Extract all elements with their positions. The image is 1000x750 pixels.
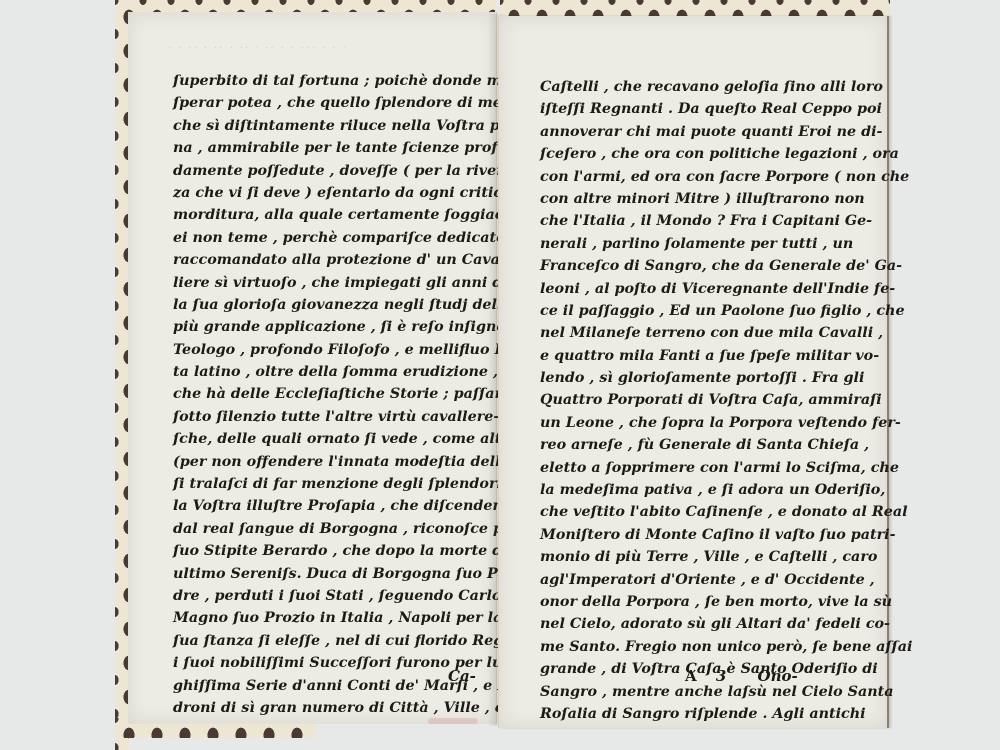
text-line: ultimo Sereniſs. Duca di Borgogna ſuo Pa… [173,563,498,585]
text-line: nerali , parlino ſolamente per tutti , u… [540,233,870,255]
text-line: che veſtito l'abito Caſinenſe , e donato… [540,501,870,523]
text-line: ce il paſſaggio , Ed un Paolone ſuo figl… [540,300,870,322]
text-line: dre , perduti i ſuoi Stati , ſeguendo Ca… [173,585,498,607]
stain [428,718,478,724]
text-line: e quattro mila Fanti a ſue ſpeſe militar… [540,345,870,367]
text-line: che sì diſtintamente riluce nella Voſtra… [173,115,498,137]
text-line: (per non offendere l'innata modeſtia del… [173,451,498,473]
text-line: za che vi ſi deve ) eſentarlo da ogni cr… [173,182,498,204]
endpaper-top-right [500,0,890,16]
text-line: la medeſima pativa , e ſi adora un Oderi… [540,479,870,501]
text-line: che l'Italia , il Mondo ? Fra i Capitani… [540,210,870,232]
text-line: Franceſco di Sangro, che da Generale de'… [540,255,870,277]
text-line: ſuperbito di tal fortuna ; poichè donde … [173,70,498,92]
signature-number: 3 [716,667,726,685]
right-page-catchword: Ono- [758,667,798,685]
text-line: nel Cielo, adorato sù gli Altari da' fed… [540,613,870,635]
endpaper-left-strip [115,0,129,750]
text-line: me Santo. Fregio non unico però, ſe bene… [540,636,870,658]
text-line: ſua ſtanza ſi eleſſe , nel di cui florid… [173,630,498,652]
text-line: raccomandato alla protezione d' un Cava- [173,249,498,271]
text-line: ſche, delle quali ornato ſi vede , come … [173,428,498,450]
text-line: na , ammirabile per le tante ſcienze pro… [173,137,498,159]
text-line: droni di sì gran numero di Città , Ville… [173,697,498,719]
text-line: ſperar potea , che quello ſplendore di m… [173,92,498,114]
signature-letter: A [685,667,697,685]
text-line: più grande applicazione , ſi è reſo inſi… [173,316,498,338]
text-line: Quattro Porporati di Voſtra Caſa, ammira… [540,389,870,411]
text-line: eletto a ſopprimere con l'armi lo Sciſma… [540,457,870,479]
text-line: la Voſtra illuſtre Proſapia , che diſcen… [173,495,498,517]
text-line: la ſua glorioſa giovanezza negli ſtudj d… [173,294,498,316]
text-line: ſceſero , che ora con politiche legazion… [540,143,870,165]
left-page-catchword: Ca- [448,667,476,685]
text-line: agl'Imperatori d'Oriente , e d' Occident… [540,569,870,591]
left-page-text: ſuperbito di tal fortuna ; poichè donde … [173,70,498,719]
text-line: dal real ſangue di Borgogna , riconoſce … [173,518,498,540]
text-line: liere sì virtuoſo , che impiegati gli an… [173,272,498,294]
text-line: lendo , sì glorioſamente portoſſi . Fra … [540,367,870,389]
text-line: ſotto ſilenzio tutte l'altre virtù caval… [173,406,498,428]
text-line: con altre minori Mitre ) illuſtrarono no… [540,188,870,210]
left-page: · ∙ ·· ∙ ·· · ∙∙ · ·· ∙ · ··· ∙ · · ſupe… [128,12,497,724]
text-line: reo arneſe , fù Generale di Santa Chieſa… [540,434,870,456]
text-line: un Leone , che ſopra la Porpora veſtendo… [540,412,870,434]
text-line: Magno ſuo Prozio in Italia , Napoli per … [173,607,498,629]
text-line: Moniſtero di Monte Caſino il vaſto ſuo p… [540,524,870,546]
text-line: leoni , al poſto di Viceregnante dell'In… [540,278,870,300]
text-line: annoverar chi mai puote quanti Eroi ne d… [540,121,870,143]
right-page-text: Caſtelli , che recavano geloſia ſino all… [540,76,870,725]
signature-mark: A 3 Ono- [685,667,798,685]
text-line: ſi tralaſci di far menzione degli ſplend… [173,473,498,495]
text-line: Caſtelli , che recavano geloſia ſino all… [540,76,870,98]
show-through-text: · ∙ ·· ∙ ·· · ∙∙ · ·· ∙ · ··· ∙ · · [168,42,458,52]
text-line: monio di più Terre , Ville , e Caſtelli … [540,546,870,568]
text-line: iſteſſi Regnanti . Da queſto Real Ceppo … [540,98,870,120]
text-line: Roſalia di Sangro riſplende . Agli antic… [540,703,870,725]
text-line: ſuo Stipite Berardo , che dopo la morte … [173,540,498,562]
text-line: ta latino , oltre della ſomma erudizione… [173,361,498,383]
right-page: Caſtelli , che recavano geloſia ſino all… [498,16,889,728]
text-line: con l'armi, ed ora con ſacre Porpore ( n… [540,166,870,188]
text-line: che hà delle Eccleſiaſtiche Storie ; paſ… [173,383,498,405]
text-line: nel Milaneſe terreno con due mila Cavall… [540,322,870,344]
text-line: damente poſſedute , doveſſe ( per la riv… [173,160,498,182]
text-line: onor della Porpora , ſe ben morto, vive … [540,591,870,613]
text-line: Teologo , profondo Filoſofo , e melliflu… [173,339,498,361]
text-line: morditura, alla quale certamente ſoggiac… [173,204,498,226]
text-line: ei non teme , perchè compariſce dedicato… [173,227,498,249]
